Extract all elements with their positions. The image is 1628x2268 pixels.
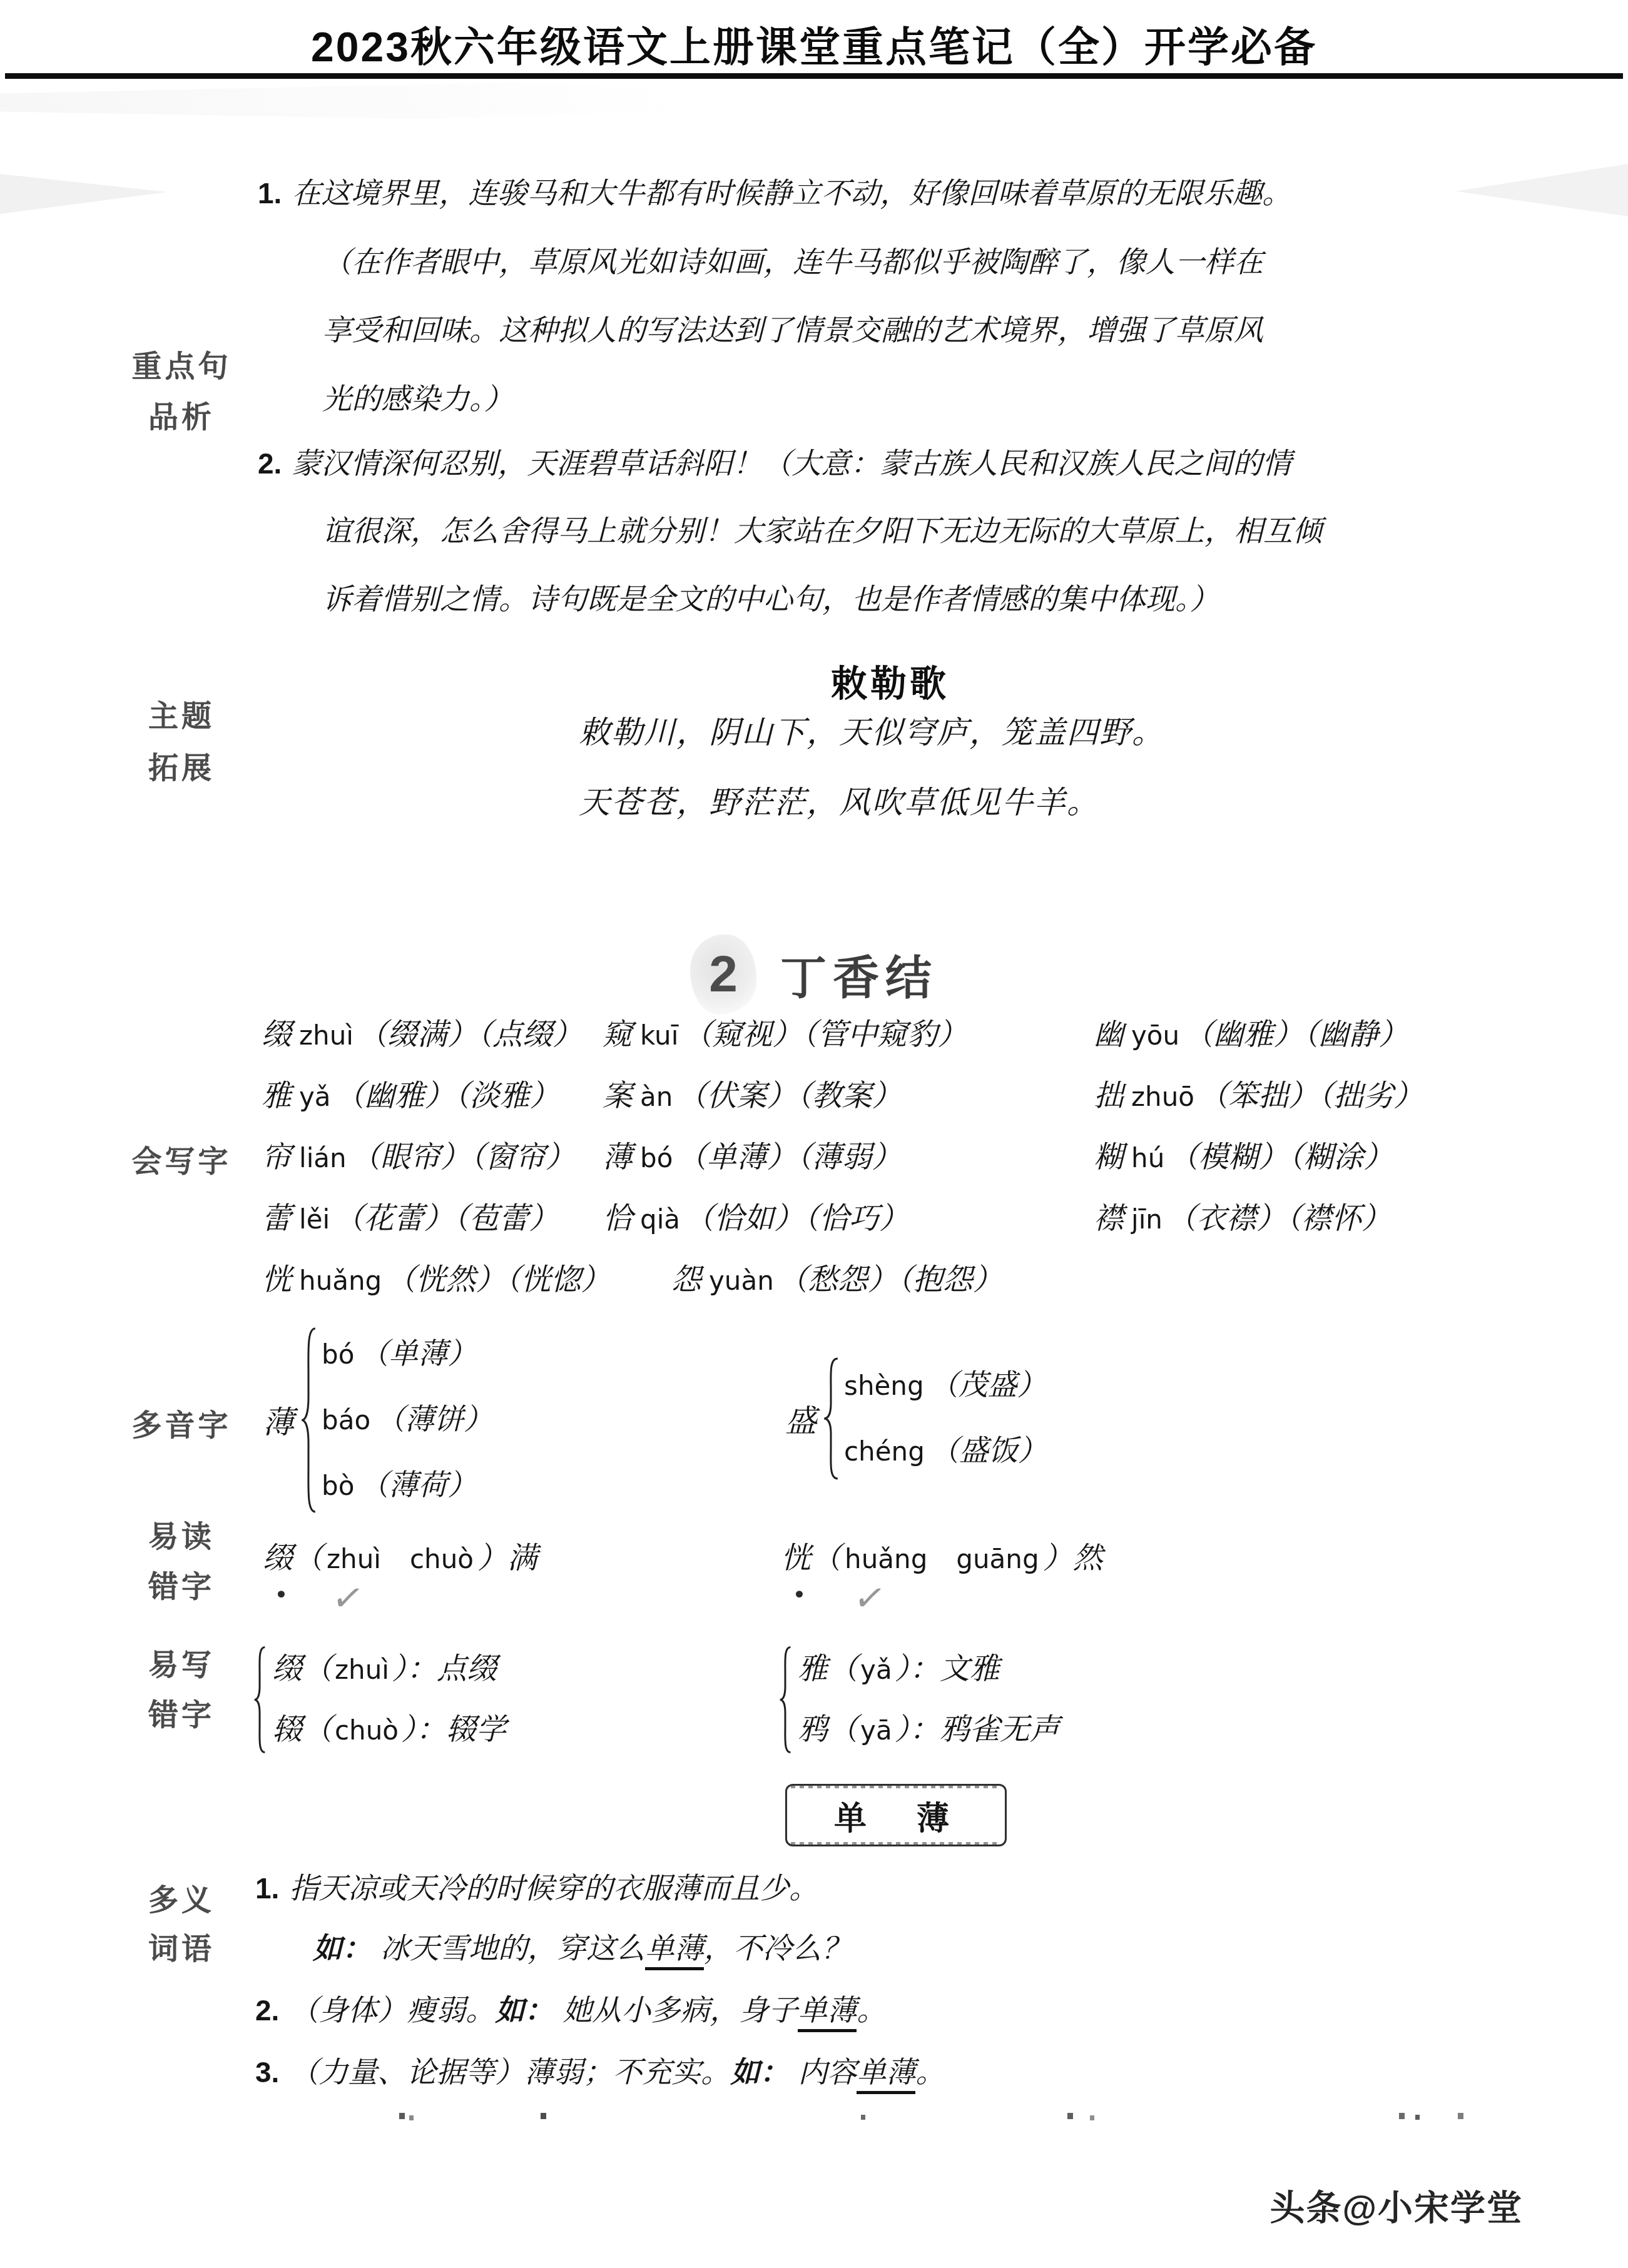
- pinyin: lěi: [299, 1204, 330, 1235]
- pinyin-correct: zhuì✓: [327, 1541, 381, 1578]
- section-label-line: 品析: [128, 392, 235, 443]
- colon: ：: [910, 1713, 940, 1746]
- definition-text: （力量、论据等）薄弱；不充实。: [289, 2057, 730, 2089]
- example-words: （衣襟）（襟怀）: [1166, 1202, 1391, 1235]
- character-entry: 蕾lěi（花蕾）（苞蕾）: [262, 1200, 603, 1239]
- section-label-duoyi: 多义 词语: [128, 1876, 235, 1974]
- hanzi: 薄: [603, 1141, 633, 1174]
- example-word: 点缀: [437, 1653, 497, 1686]
- pinyin: chéng: [844, 1436, 925, 1467]
- reading-row: chéng（盛饭）: [844, 1432, 1047, 1470]
- pinyin: kuī: [640, 1020, 678, 1051]
- definition-line: 3.（力量、论据等）薄弱；不充实。如：内容单薄。: [255, 2053, 945, 2092]
- example-word: 文雅: [940, 1653, 1000, 1686]
- character-entry: 雅yǎ（幽雅）（淡雅）: [262, 1077, 603, 1116]
- key-sentence-line: 光的感染力。）: [322, 380, 514, 419]
- sentence-text: 在这境界里，连骏马和大牛都有时候静立不动，好像回味着草原的无限乐趣。: [292, 178, 1291, 210]
- curly-brace-icon: [253, 1645, 266, 1754]
- pinyin: bò: [322, 1471, 354, 1501]
- section-label-line: 错字: [128, 1691, 235, 1741]
- definition-text: 指天凉或天冷的时候穿的衣服薄而且少。: [289, 1873, 818, 1905]
- watermark-left-triangle: [0, 170, 168, 218]
- hanzi: 怨: [671, 1263, 701, 1297]
- hanzi: 拙: [1094, 1080, 1124, 1113]
- pinyin-correct: huǎng✓: [845, 1541, 927, 1578]
- item-number: 2.: [255, 1994, 279, 2027]
- item-number: 1.: [258, 177, 282, 210]
- character-entry: 拙zhuō（笨拙）（拙劣）: [1094, 1077, 1431, 1116]
- example-line: 如：冰天雪地的，穿这么单薄，不冷么？: [313, 1930, 851, 1968]
- character-entry: 窥kuī（窥视）（管中窥豹）: [603, 1016, 1094, 1055]
- hanzi-suffix: 满: [507, 1542, 537, 1575]
- lesson-number-badge: 2: [690, 934, 756, 1015]
- example-words: （幽雅）（幽静）: [1183, 1018, 1408, 1051]
- hanzi: 蕾: [262, 1202, 292, 1235]
- sentence-text: 蒙汉情深何忍别，天涯碧草话斜阳！（大意：蒙古族人民和汉族人民之间的情: [292, 448, 1291, 480]
- pinyin: yōu: [1131, 1020, 1179, 1051]
- example-text: 。: [857, 1995, 886, 2027]
- key-sentence-line: 2.蒙汉情深何忍别，天涯碧草话斜阳！（大意：蒙古族人民和汉族人民之间的情: [258, 444, 1291, 483]
- section-label-theme: 主题 拓展: [128, 691, 235, 794]
- key-sentence-line: 1.在这境界里，连骏马和大牛都有时候静立不动，好像回味着草原的无限乐趣。: [258, 174, 1291, 213]
- hanzi: 案: [603, 1080, 633, 1113]
- poem-title: 敕勒歌: [831, 654, 949, 707]
- underlined-word: 单薄: [645, 1933, 704, 1970]
- character-entry: 恰qià（恰如）（恰巧）: [603, 1200, 1094, 1239]
- polyphone-group: 盛 shèng（茂盛） chéng（盛饭）: [785, 1351, 1047, 1486]
- character-entry: 缀zhuì（缀满）（点缀）: [262, 1016, 603, 1055]
- reading-row: bò（薄荷）: [322, 1467, 493, 1504]
- section-label-yidu: 易读 错字: [128, 1512, 235, 1612]
- reading-row: báo（薄饼）: [322, 1401, 493, 1439]
- emphasis-dot-icon: •: [792, 1576, 806, 1614]
- hanzi: 鸦: [798, 1713, 828, 1746]
- example-marker: 如：: [730, 2057, 789, 2089]
- hanzi: 雅: [798, 1653, 828, 1686]
- example-word: 辍学: [446, 1713, 506, 1746]
- paren: （: [293, 1542, 323, 1575]
- highlighted-word: 单 薄: [834, 1792, 958, 1839]
- section-label-line: 多义: [128, 1876, 235, 1925]
- section-label-huixiezi: 会写字: [128, 1137, 235, 1180]
- pinyin-wrong: chuò: [410, 1544, 474, 1574]
- definition-line: 2.（身体）瘦弱。如：她从小多病，身子单薄。: [255, 1991, 886, 2030]
- watermark-right-triangle: [1456, 164, 1628, 216]
- example-word: （薄饼）: [375, 1404, 493, 1436]
- hanzi: 薄: [263, 1397, 294, 1442]
- example-text: 内容: [798, 2057, 857, 2089]
- misread-item: 缀•（zhuì✓chuò）满: [263, 1540, 537, 1577]
- check-icon: ✓: [330, 1578, 367, 1617]
- example-text: 冰天雪地的，穿这么: [380, 1933, 645, 1965]
- character-entry: 薄bó（单薄）（薄弱）: [603, 1138, 1094, 1178]
- character-entry: 幽yōu（幽雅）（幽静）: [1094, 1016, 1416, 1055]
- example-words: （恰如）（恰巧）: [684, 1202, 909, 1235]
- curly-brace-icon: [779, 1645, 791, 1754]
- paren: ）: [477, 1542, 507, 1575]
- underlined-word: 单薄: [798, 1995, 857, 2032]
- example-word: （茂盛）: [929, 1369, 1047, 1402]
- character-row: 雅yǎ（幽雅）（淡雅） 案àn（伏案）（教案） 拙zhuō（笨拙）（拙劣）: [262, 1077, 1431, 1116]
- character-entry: 帘lián（眼帘）（窗帘）: [262, 1138, 603, 1178]
- polyphone-group: 薄 bó（单薄） báo（薄饼） bò（薄荷）: [263, 1317, 493, 1523]
- character-row: 恍huǎng（恍然）（恍惚） 怨yuàn（愁怨）（抱怨）: [262, 1261, 1010, 1300]
- curly-brace-icon: [300, 1325, 317, 1516]
- hanzi: 恰: [603, 1202, 633, 1235]
- miswritten-row: 缀（zhuì）：点缀: [272, 1651, 506, 1688]
- section-label-line: 重点句: [128, 342, 235, 392]
- pinyin: báo: [322, 1405, 370, 1435]
- miswritten-group: 雅（yǎ）：文雅 鸦（yā）：鸦雀无声: [779, 1645, 1060, 1754]
- title-divider: [5, 73, 1623, 79]
- pinyin: chuò: [335, 1715, 399, 1746]
- pinyin: lián: [299, 1143, 347, 1173]
- hanzi: 幽: [1094, 1018, 1124, 1051]
- cut-off-text-remnant: [0, 2114, 3, 2118]
- paren: ）: [392, 1653, 407, 1686]
- hanzi: 襟: [1094, 1202, 1124, 1235]
- character-entry: 恍huǎng（恍然）（恍惚）: [262, 1261, 671, 1300]
- pinyin: qià: [640, 1204, 680, 1235]
- reading-row: shèng（茂盛）: [844, 1367, 1047, 1404]
- pinyin: bó: [640, 1143, 673, 1173]
- example-words: （笨拙）（拙劣）: [1198, 1080, 1423, 1113]
- hanzi: 窥: [603, 1018, 633, 1051]
- example-text: 她从小多病，身子: [562, 1995, 798, 2027]
- section-label-line: 易写: [128, 1641, 235, 1691]
- hanzi-with-dot: 恍•: [781, 1540, 811, 1577]
- character-entry: 怨yuàn（愁怨）（抱怨）: [671, 1261, 1010, 1300]
- example-words: （伏案）（教案）: [676, 1080, 902, 1113]
- example-word: （薄荷）: [359, 1469, 477, 1502]
- example-text: 。: [915, 2057, 945, 2089]
- hanzi: 雅: [262, 1080, 292, 1113]
- example-words: （幽雅）（淡雅）: [335, 1080, 560, 1113]
- pinyin: àn: [640, 1081, 673, 1112]
- section-label-line: 主题: [128, 691, 235, 742]
- example-text: ，不冷么？: [704, 1933, 851, 1965]
- colon: ：: [416, 1713, 446, 1746]
- definition-text: （身体）瘦弱。: [289, 1995, 495, 2027]
- lesson-number: 2: [709, 945, 738, 1004]
- paren: ）: [895, 1713, 910, 1746]
- example-word: （单薄）: [359, 1338, 477, 1370]
- emphasis-dot-icon: •: [274, 1576, 288, 1614]
- hanzi: 盛: [785, 1396, 817, 1441]
- poem-line: 天苍苍，野茫茫，风吹草低见牛羊。: [579, 783, 1099, 822]
- underlined-word: 单薄: [857, 2057, 915, 2094]
- miswritten-group: 缀（zhuì）：点缀 辍（chuò）：辍学: [253, 1645, 506, 1754]
- paren: （: [302, 1653, 332, 1686]
- pinyin: huǎng: [299, 1265, 382, 1296]
- miswritten-row: 鸦（yā）：鸦雀无声: [798, 1711, 1060, 1749]
- key-sentence-line: （在作者眼中，草原风光如诗如画，连牛马都似乎被陶醉了，像人一样在: [322, 243, 1263, 282]
- pinyin: yuàn: [709, 1265, 774, 1296]
- example-words: （眼帘）（窗帘）: [350, 1141, 576, 1174]
- example-marker: 如：: [313, 1933, 372, 1965]
- lesson-title: 丁香结: [780, 941, 938, 1008]
- example-words: （恍然）（恍惚）: [385, 1263, 611, 1297]
- paren: ）: [1043, 1542, 1073, 1575]
- pinyin: yǎ: [860, 1654, 892, 1685]
- paren: ）: [895, 1653, 910, 1686]
- example-words: （愁怨）（抱怨）: [778, 1263, 1003, 1297]
- section-label-line: 错字: [128, 1562, 235, 1612]
- section-label-key-sentences: 重点句 品析: [128, 342, 235, 443]
- pinyin: jīn: [1131, 1204, 1162, 1235]
- pinyin: shèng: [844, 1370, 924, 1401]
- character-row: 缀zhuì（缀满）（点缀） 窥kuī（窥视）（管中窥豹） 幽yōu（幽雅）（幽静…: [262, 1016, 1416, 1055]
- paren: （: [302, 1713, 332, 1746]
- definition-line: 1.指天凉或天冷的时候穿的衣服薄而且少。: [255, 1869, 818, 1908]
- key-sentence-line: 诉着惜别之情。诗句既是全文的中心句，也是作者情感的集中体现。）: [322, 580, 1219, 619]
- example-words: （模糊）（糊涂）: [1168, 1141, 1393, 1174]
- character-row: 蕾lěi（花蕾）（苞蕾） 恰qià（恰如）（恰巧） 襟jīn（衣襟）（襟怀）: [262, 1200, 1399, 1239]
- pinyin: zhuì: [299, 1020, 354, 1051]
- colon: ：: [910, 1653, 940, 1686]
- example-words: （窥视）（管中窥豹）: [682, 1018, 967, 1051]
- miswritten-row: 雅（yǎ）：文雅: [798, 1651, 1060, 1688]
- character-row: 帘lián（眼帘）（窗帘） 薄bó（单薄）（薄弱） 糊hú（模糊）（糊涂）: [262, 1138, 1401, 1178]
- section-label-yixie: 易写 错字: [128, 1641, 235, 1741]
- hanzi: 帘: [262, 1141, 292, 1174]
- check-icon: ✓: [851, 1578, 888, 1617]
- section-label-line: 拓展: [128, 742, 235, 794]
- pinyin: yā: [860, 1715, 892, 1746]
- misread-item: 恍•（huǎng✓guāng）然: [781, 1540, 1103, 1577]
- lesson-header: 2 丁香结: [690, 934, 938, 1015]
- hanzi: 辍: [272, 1713, 302, 1746]
- scanned-notes-page: 2023秋六年级语文上册课堂重点笔记（全）开学必备 重点句 品析 1.在这境界里…: [0, 0, 1628, 2268]
- hanzi: 缀: [262, 1018, 292, 1051]
- reading-row: bó（单薄）: [322, 1335, 493, 1373]
- curly-brace-icon: [823, 1356, 839, 1481]
- section-label-duoyinzi: 多音字: [128, 1401, 235, 1444]
- paren: （: [828, 1713, 858, 1746]
- hanzi: 恍: [262, 1263, 292, 1297]
- example-words: （花蕾）（苞蕾）: [333, 1202, 559, 1235]
- hanzi-with-dot: 缀•: [263, 1540, 293, 1577]
- key-sentence-line: 谊很深，怎么舍得马上就分别！大家站在夕阳下无边无际的大草原上，相互倾: [322, 512, 1322, 551]
- pinyin: yǎ: [299, 1081, 331, 1112]
- miswritten-row: 辍（chuò）：辍学: [272, 1711, 506, 1749]
- hanzi: 糊: [1094, 1141, 1124, 1174]
- character-entry: 襟jīn（衣襟）（襟怀）: [1094, 1200, 1399, 1239]
- paren: （: [828, 1653, 858, 1686]
- paren: （: [811, 1542, 841, 1575]
- example-word: （盛饭）: [930, 1435, 1047, 1467]
- hanzi: 缀: [263, 1542, 293, 1575]
- pinyin-wrong: guāng: [956, 1544, 1039, 1574]
- hanzi-suffix: 然: [1073, 1542, 1103, 1575]
- character-entry: 案àn（伏案）（教案）: [603, 1077, 1094, 1116]
- pinyin: zhuō: [1131, 1081, 1194, 1112]
- key-sentence-line: 享受和回味。这种拟人的写法达到了情景交融的艺术境界，增强了草原风: [322, 311, 1263, 350]
- section-label-line: 易读: [128, 1512, 235, 1562]
- scan-smudge: [0, 83, 939, 119]
- pinyin: bó: [322, 1339, 354, 1370]
- paren: ）: [401, 1713, 416, 1746]
- example-words: （单薄）（薄弱）: [676, 1141, 902, 1174]
- hanzi: 恍: [781, 1542, 811, 1575]
- item-number: 3.: [255, 2056, 279, 2088]
- character-entry: 糊hú（模糊）（糊涂）: [1094, 1138, 1401, 1178]
- item-number: 1.: [255, 1872, 279, 1905]
- colon: ：: [407, 1653, 437, 1686]
- poem-line: 敕勒川，阴山下，天似穹庐，笼盖四野。: [579, 713, 1164, 752]
- watermark-credit: 头条@小宋学堂: [1269, 2180, 1523, 2230]
- example-word: 鸦雀无声: [940, 1713, 1060, 1746]
- hanzi: 缀: [272, 1653, 302, 1686]
- word-highlight-box: 单 薄: [785, 1784, 1007, 1846]
- page-title: 2023秋六年级语文上册课堂重点笔记（全）开学必备: [0, 14, 1628, 73]
- example-words: （缀满）（点缀）: [357, 1018, 583, 1051]
- section-label-line: 词语: [128, 1925, 235, 1974]
- item-number: 2.: [258, 447, 282, 480]
- example-marker: 如：: [495, 1995, 554, 2027]
- pinyin: hú: [1131, 1143, 1164, 1173]
- pinyin: zhuì: [335, 1654, 389, 1685]
